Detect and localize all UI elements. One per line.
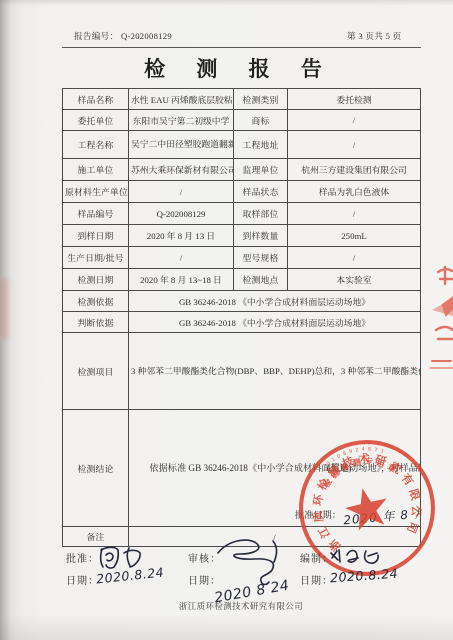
row-value: 本实验室 (288, 269, 421, 291)
row-value: / (129, 247, 234, 269)
row-label: 样品编号 (63, 203, 129, 225)
row-label: 判断依据 (63, 312, 129, 333)
approve-date-label: 日期： (66, 572, 99, 587)
edge-stamp-fragment (424, 264, 453, 376)
row-value: Q-202008129 (129, 203, 234, 225)
row-value: 2020 年 8 月 13~18 日 (129, 269, 234, 291)
prepare-date: 2020.8.24 (330, 566, 399, 586)
row-label: 生产日期/批号 (63, 247, 129, 269)
report-number: 报告编号： Q-202008129 (74, 30, 172, 42)
row-label: 原材料生产单位 (63, 181, 129, 203)
row-value: / (288, 131, 421, 159)
report-number-label: 报告编号： (74, 31, 118, 41)
row-label: 到样日期 (63, 225, 129, 247)
row-value: 苏州大乘环保新材有限公司 (129, 159, 234, 181)
page-title: 检 测 报 告 (0, 53, 453, 83)
row-value: 2020 年 8 月 13 日 (129, 225, 234, 247)
row-label: 检测类别 (234, 89, 288, 110)
row-label: 检测日期 (63, 269, 129, 291)
table-row-judge-basis: 判断依据 GB 36246-2018 《中小学合成材料面层运动场地》 (63, 312, 421, 333)
row-value: 东阳市吴宁第二初级中学 (129, 110, 234, 131)
table-row: 原材料生产单位 / 样品状态 样品为乳白色液体 (63, 181, 421, 203)
conclusion-text: 依据标准 GB 36246-2018《中小学合成材料面层运动场地》，对样品进行检… (131, 461, 418, 476)
header-rule (62, 47, 421, 48)
table-row: 工程名称 吴宁二中田径塑胶跑道翻新及操场周边道路改造工程 工程地址 / (63, 131, 421, 159)
approve-date-line: 批准日期： 2020 年 8 月 26 日 (295, 505, 421, 522)
row-label: 检测地点 (234, 269, 288, 291)
table-row: 到样日期 2020 年 8 月 13 日 到样数量 250mL (63, 225, 421, 247)
row-label: 到样数量 (234, 225, 288, 247)
review-date-label: 日期： (188, 572, 221, 587)
row-value: 250mL (288, 225, 421, 247)
table-row: 样品名称 水性 EAU 丙烯酸底层胶粘剂 检测类别 委托检测 (63, 89, 421, 110)
row-value: GB 36246-2018 《中小学合成材料面层运动场地》 (129, 291, 421, 312)
row-label: 检测项目 (63, 333, 129, 410)
table-row: 生产日期/批号 / 型号规格 / (63, 247, 421, 269)
row-label: 型号规格 (234, 247, 288, 269)
footer-company: 浙江质环检测技术研究有限公司 (62, 600, 420, 612)
approve-date-handwritten: 2020 年 8 月 26 日 (343, 501, 421, 527)
table-row-conclusion: 检测结论 依据标准 GB 36246-2018《中小学合成材料面层运动场地》，对… (63, 410, 421, 527)
row-label: 工程地址 (234, 131, 288, 159)
row-label: 施工单位 (63, 159, 129, 181)
table-row-test-items: 检测项目 3 种邻苯二甲酸酯类化合物(DBP、BBP、DEHP)总和，3 种邻苯… (63, 333, 421, 410)
row-value: 水性 EAU 丙烯酸底层胶粘剂 (129, 89, 234, 110)
row-label: 样品状态 (234, 181, 288, 203)
report-number-value: Q-202008129 (121, 31, 172, 41)
table-row: 委托单位 东阳市吴宁第二初级中学 商标 / (63, 110, 421, 131)
page-indicator: 第 3 页共 5 页 (347, 30, 402, 42)
table-row: 检测日期 2020 年 8 月 13~18 日 检测地点 本实验室 (63, 269, 421, 291)
table-row: 施工单位 苏州大乘环保新材有限公司 监理单位 杭州三方建设集团有限公司 (63, 159, 421, 181)
row-label: 监理单位 (234, 159, 288, 181)
approve-date-label: 批准日期： (295, 510, 341, 520)
row-value: 样品为乳白色液体 (288, 181, 421, 203)
scanned-report-page: 报告编号： Q-202008129 第 3 页共 5 页 检 测 报 告 样品名… (0, 0, 453, 640)
report-table: 样品名称 水性 EAU 丙烯酸底层胶粘剂 检测类别 委托检测 委托单位 东阳市吴… (62, 88, 421, 547)
row-label: 商标 (234, 110, 288, 131)
conclusion-cell: 依据标准 GB 36246-2018《中小学合成材料面层运动场地》，对样品进行检… (129, 410, 421, 527)
table-row-test-basis: 检测依据 GB 36246-2018 《中小学合成材料面层运动场地》 (63, 291, 421, 312)
seal-hint: (盖章) (327, 460, 352, 474)
row-value: GB 36246-2018 《中小学合成材料面层运动场地》 (129, 312, 421, 333)
preparer-signature (328, 546, 382, 566)
row-label: 工程名称 (63, 131, 129, 159)
row-value: 吴宁二中田径塑胶跑道翻新及操场周边道路改造工程 (129, 131, 234, 159)
row-label: 委托单位 (63, 110, 129, 131)
row-value: / (288, 203, 421, 225)
row-label: 检测依据 (63, 291, 129, 312)
row-value: / (288, 247, 421, 269)
prepare-date-label: 日期： (300, 572, 333, 587)
row-value: / (288, 110, 421, 131)
approve-label: 批准： (66, 550, 99, 565)
table-row: 样品编号 Q-202008129 取样部位 / (63, 203, 421, 225)
row-value: 杭州三方建设集团有限公司 (288, 159, 421, 181)
test-items-text: 3 种邻苯二甲酸酯类化合物(DBP、BBP、DEHP)总和，3 种邻苯二甲酸酯类… (129, 333, 421, 410)
row-label: 检测结论 (63, 410, 129, 527)
row-label: 取样部位 (234, 203, 288, 225)
row-value: 委托检测 (288, 89, 421, 110)
row-value: / (129, 181, 234, 203)
scan-smudge (0, 278, 8, 340)
row-label: 样品名称 (63, 89, 129, 110)
